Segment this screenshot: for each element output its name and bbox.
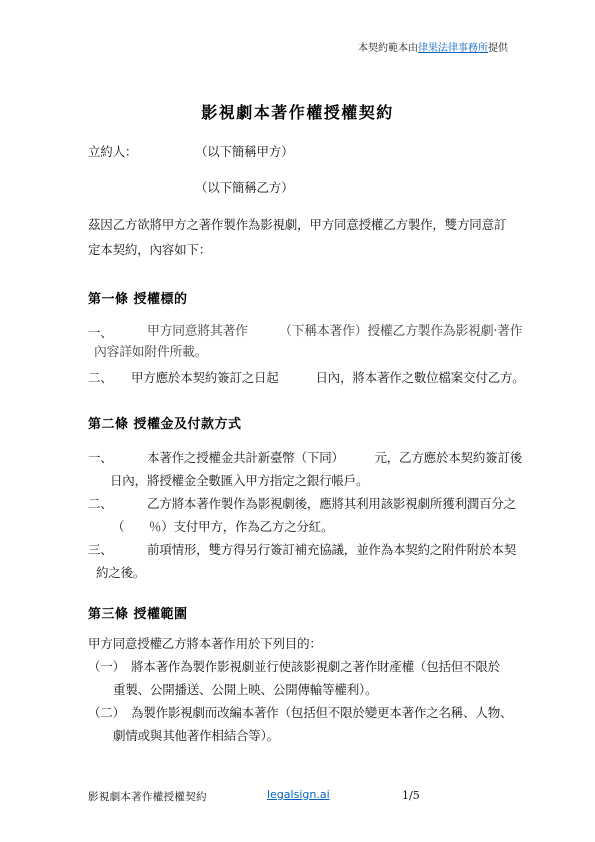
section-3-item-1: （一） 將本著作為製作影視劇並行使該影視劇之著作財產權（包括但不限於 重製、公開… xyxy=(88,655,500,701)
section-1-item-1: 一、 甲方同意將其著作 （下稱本著作）授權乙方製作為影視劇‧著作 內容詳如附件所… xyxy=(88,321,522,363)
item-line: 甲方應於本契約簽訂之日起 日內，將本著作之數位檔案交付乙方。 xyxy=(88,366,525,389)
item-line: 日內，將授權金全數匯入甲方指定之銀行帳戶。 xyxy=(88,469,522,492)
section-3-item-2: （二） 為製作影視劇而改編本著作（包括但不限於變更本著作之名稱、人物、 劇情或與… xyxy=(88,701,512,747)
item-line: 約之後。 xyxy=(88,561,516,584)
section-3-heading: 第三條 授權範圍 xyxy=(88,603,188,622)
footer-page-number: 1/5 xyxy=(402,789,420,802)
item-line: 劇情或與其他著作相結合等）。 xyxy=(88,724,512,747)
law-firm-link[interactable]: 律果法律事務所 xyxy=(418,43,488,54)
party-a-note: （以下簡稱甲方） xyxy=(195,140,293,163)
preamble: 茲因乙方欲將甲方之著作製作為影視劇，甲方同意授權乙方製作，雙方同意訂 定本契約，… xyxy=(88,212,506,262)
footer-doc-title: 影視劇本著作權授權契約 xyxy=(88,789,207,804)
legalsign-link[interactable]: legalsign.ai xyxy=(267,788,330,801)
item-marker: 一、 xyxy=(88,446,113,469)
item-line: 甲方同意將其著作 （下稱本著作）授權乙方製作為影視劇‧著作 xyxy=(88,321,522,342)
section-2-item-2: 二、 乙方將本著作製作為影視劇後，應將其利用該影視劇所獲利潤百分之 （ ％）支付… xyxy=(88,492,516,538)
section-1-item-2: 二、 甲方應於本契約簽訂之日起 日內，將本著作之數位檔案交付乙方。 xyxy=(88,366,525,389)
header-credit: 本契約範本由律果法律事務所提供 xyxy=(358,42,508,55)
section-1-heading: 第一條 授權標的 xyxy=(88,288,188,307)
item-marker: （一） xyxy=(88,655,125,678)
item-line: （ ％）支付甲方，作為乙方之分紅。 xyxy=(88,515,516,538)
item-marker: 二、 xyxy=(88,492,113,515)
item-line: 本著作之授權金共計新臺幣（下同） 元，乙方應於本契約簽訂後 xyxy=(88,446,522,469)
credit-prefix: 本契約範本由 xyxy=(358,43,418,54)
credit-suffix: 提供 xyxy=(488,43,508,54)
footer-site: legalsign.ai xyxy=(267,788,330,801)
section-2-heading: 第二條 授權金及付款方式 xyxy=(88,413,242,432)
item-line: 重製、公開播送、公開上映、公開傳輸等權利）。 xyxy=(88,678,500,701)
item-marker: 二、 xyxy=(88,366,113,389)
item-marker: 三、 xyxy=(88,538,113,561)
section-2-item-1: 一、 本著作之授權金共計新臺幣（下同） 元，乙方應於本契約簽訂後 日內，將授權金… xyxy=(88,446,522,492)
item-line: 內容詳如附件所載。 xyxy=(88,342,522,363)
item-line: 為製作影視劇而改編本著作（包括但不限於變更本著作之名稱、人物、 xyxy=(88,701,512,724)
section-2-item-3: 三、 前項情形，雙方得另行簽訂補充協議，並作為本契約之附件附於本契 約之後。 xyxy=(88,538,516,584)
parties-label: 立約人： xyxy=(88,140,137,163)
item-marker: （二） xyxy=(88,701,125,724)
page-title: 影視劇本著作權授權契約 xyxy=(0,100,595,123)
item-line: 乙方將本著作製作為影視劇後，應將其利用該影視劇所獲利潤百分之 xyxy=(88,492,516,515)
preamble-line: 定本契約，內容如下： xyxy=(88,237,506,262)
contract-page: 本契約範本由律果法律事務所提供 影視劇本著作權授權契約 立約人： （以下簡稱甲方… xyxy=(0,0,595,842)
item-line: 將本著作為製作影視劇並行使該影視劇之著作財產權（包括但不限於 xyxy=(88,655,500,678)
item-line: 前項情形，雙方得另行簽訂補充協議，並作為本契約之附件附於本契 xyxy=(88,538,516,561)
section-3-intro: 甲方同意授權乙方將本著作用於下列目的： xyxy=(88,632,322,655)
party-b-note: （以下簡稱乙方） xyxy=(195,176,293,199)
item-marker: 一、 xyxy=(88,322,113,343)
preamble-line: 茲因乙方欲將甲方之著作製作為影視劇，甲方同意授權乙方製作，雙方同意訂 xyxy=(88,212,506,237)
